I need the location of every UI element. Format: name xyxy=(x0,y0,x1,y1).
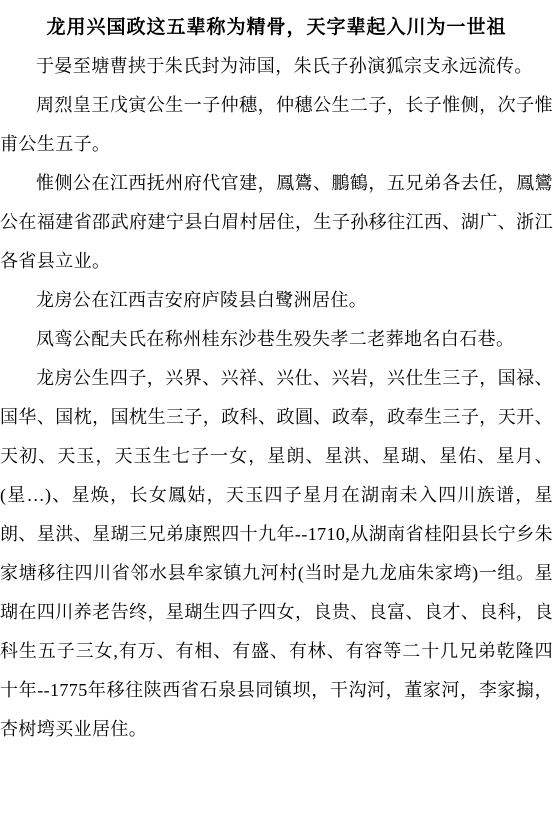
paragraph: 龙房公在江西吉安府庐陵县白鹭洲居住。 xyxy=(0,281,553,320)
document-title: 龙用兴国政这五辈称为精骨，天字辈起入川为一世祖 xyxy=(0,8,553,47)
paragraph: 于晏至塘曹挟于朱氏封为沛国，朱氏子孙演狐宗支永远流传。 xyxy=(0,47,553,86)
document-body: 于晏至塘曹挟于朱氏封为沛国，朱氏子孙演狐宗支永远流传。周烈皇王戊寅公生一子仲穗，… xyxy=(0,47,553,749)
paragraph: 周烈皇王戊寅公生一子仲穗，仲穗公生二子，长子惟侧，次子惟甫公生五子。 xyxy=(0,86,553,164)
paragraph: 惟侧公在江西抚州府代官建，鳳鷟、鵬鶴，五兄弟各去任，鳳鸞公在福建省邵武府建宁县白… xyxy=(0,164,553,281)
document-page: 龙用兴国政这五辈称为精骨，天字辈起入川为一世祖 于晏至塘曹挟于朱氏封为沛国，朱氏… xyxy=(0,0,553,831)
paragraph: 龙房公生四子，兴界、兴祥、兴仕、兴岩，兴仕生三子，国禄、国华、国枕，国枕生三子，… xyxy=(0,359,553,749)
paragraph: 凤鸾公配夫氏在称州桂东沙巷生殁失孝二老葬地名白石巷。 xyxy=(0,320,553,359)
